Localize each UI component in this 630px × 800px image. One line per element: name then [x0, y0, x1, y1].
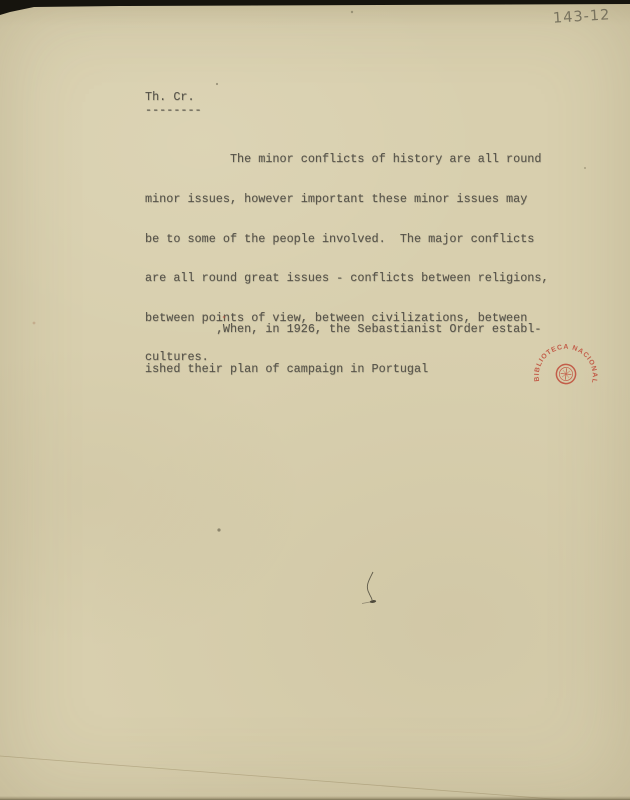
heading-underline: -------- [145, 104, 202, 117]
typed-line: ‚When, in 1926, the Sebastianist Order e… [145, 323, 541, 336]
ink-speck [351, 11, 353, 13]
typed-line: ished their plan of campaign in Portugal [145, 363, 541, 376]
ink-speck [217, 528, 220, 531]
typed-line: The minor conflicts of history are all r… [145, 153, 549, 166]
hair-mark-tail [362, 602, 370, 604]
paper-speck [33, 322, 36, 325]
stamp-emblem [555, 363, 576, 384]
typed-paragraph-2: ‚When, in 1926, the Sebastianist Order e… [145, 297, 541, 403]
hair-mark [367, 572, 373, 600]
document-heading-block: Th. Cr.-------- [145, 91, 202, 117]
hair-mark-blob [370, 600, 377, 604]
stamp-group: BIBLIOTECA NACIONAL [532, 340, 601, 394]
ink-speck [584, 167, 586, 169]
library-stamp: BIBLIOTECA NACIONAL [524, 332, 608, 416]
scan-edge-top [0, 0, 630, 16]
scanned-document-page: 143-12 Th. Cr.-------- The minor conflic… [0, 0, 630, 800]
archival-number: 143-12 [553, 7, 611, 26]
typed-line: minor issues, however important these mi… [145, 193, 549, 206]
paper-crease [0, 756, 565, 800]
typed-line: be to some of the people involved. The m… [145, 233, 549, 246]
typed-line: are all round great issues - conflicts b… [145, 272, 549, 285]
ink-speck [216, 83, 218, 85]
scan-edge-bottom [0, 796, 630, 800]
